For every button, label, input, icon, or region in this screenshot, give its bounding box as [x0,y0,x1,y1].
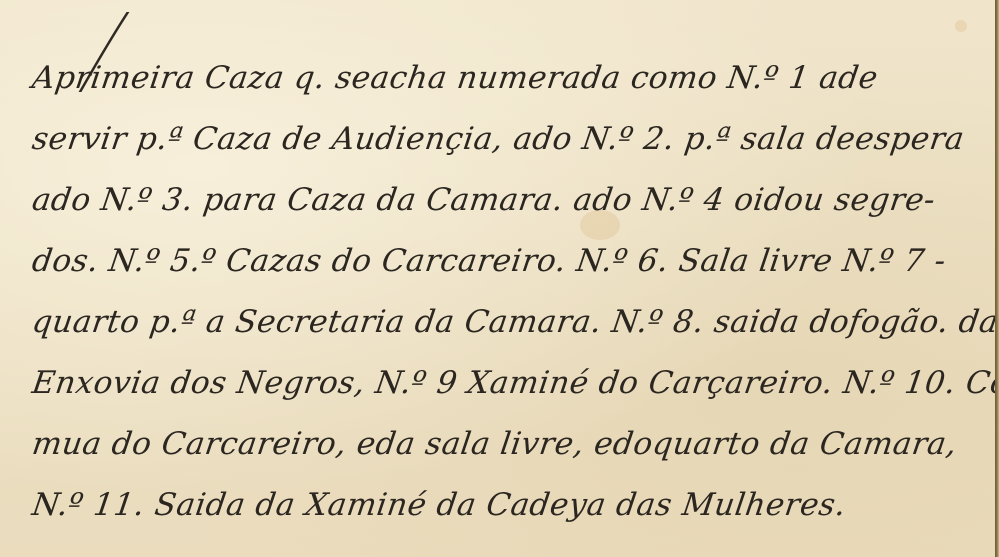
manuscript-line: Aprimeira Caza q. seacha numerada como N… [28,48,987,109]
page-edge [995,0,999,557]
paper-stain [955,20,967,32]
manuscript-line: ado N.º 3. para Caza da Camara. ado N.º … [28,170,987,231]
manuscript-page: Aprimeira Caza q. seacha numerada como N… [0,0,999,557]
manuscript-line: Enxovia dos Negros, N.º 9 Xaminé do Carç… [28,353,987,414]
manuscript-line: mua do Carcareiro, eda sala livre, edoqu… [28,414,987,475]
manuscript-line: dos. N.º 5.º Cazas do Carcareiro. N.º 6.… [28,231,987,292]
manuscript-line: quarto p.ª a Secretaria da Camara. N.º 8… [28,292,987,353]
manuscript-line: servir p.ª Caza de Audiençia, ado N.º 2.… [28,109,987,170]
manuscript-line: N.º 11. Saida da Xaminé da Cadeya das Mu… [28,475,987,536]
manuscript-text: Aprimeira Caza q. seacha numerada como N… [28,48,978,536]
